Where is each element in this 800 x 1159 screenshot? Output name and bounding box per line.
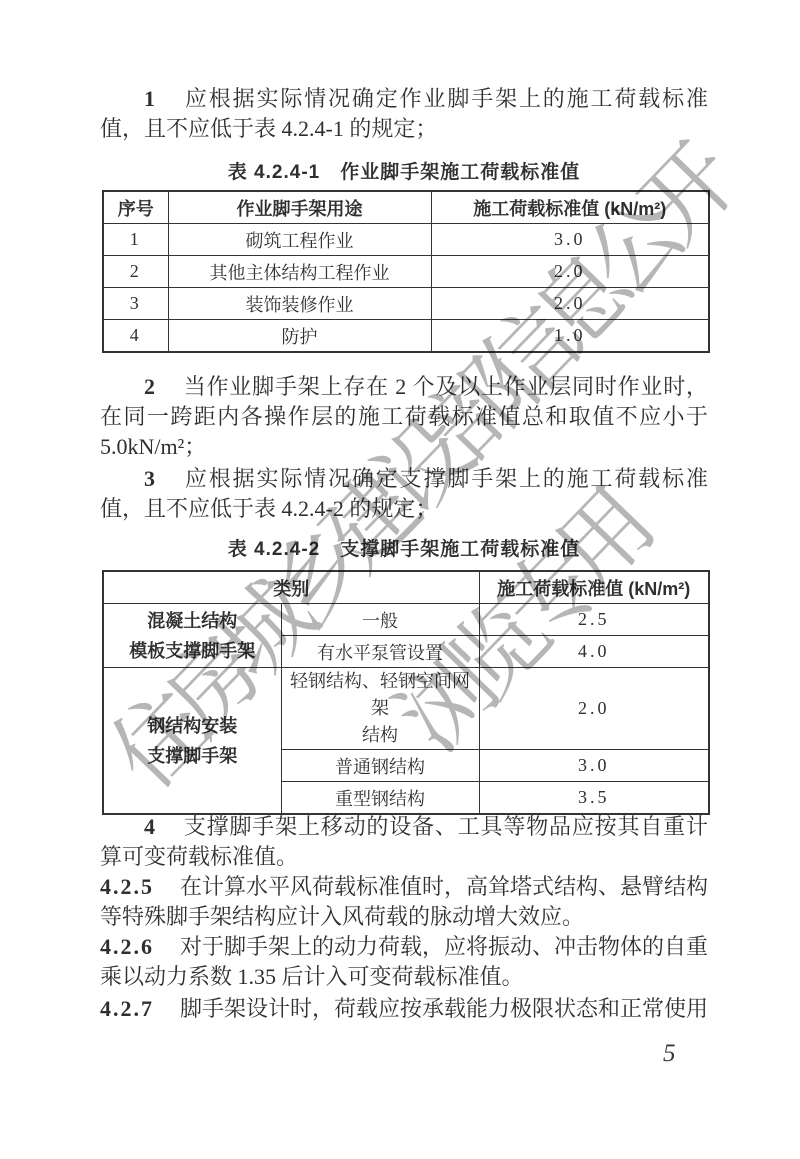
section-4-2-6: 4.2.6对于脚手架上的动力荷载，应将振动、冲击物体的自重乘以动力系数 1.35… xyxy=(100,932,708,992)
paragraph-text: 脚手架设计时，荷载应按承载能力极限状态和正常使用 xyxy=(180,996,708,1021)
column-header: 类别 xyxy=(103,571,479,604)
table2-title: 表 4.2.4-2 支撑脚手架施工荷载标准值 xyxy=(100,536,708,564)
paragraph-text: 当作业脚手架上存在 2 个及以上作业层同时作业时，在同一跨距内各操作层的施工荷载… xyxy=(100,374,708,459)
value-cell: 3.0 xyxy=(431,224,709,256)
usage-cell: 砌筑工程作业 xyxy=(168,224,431,256)
value-cell: 2.0 xyxy=(479,668,709,750)
table1-header-row: 序号 作业脚手架用途 施工荷载标准值 (kN/m²) xyxy=(103,191,709,224)
value-cell: 3.5 xyxy=(479,782,709,815)
value-cell: 4.0 xyxy=(479,636,709,668)
document-page: 1应根据实际情况确定作业脚手架上的施工荷载标准值，且不应低于表 4.2.4-1 … xyxy=(0,0,800,1159)
paragraph-text: 支撑脚手架上移动的设备、工具等物品应按其自重计算可变荷载标准值。 xyxy=(100,814,708,869)
section-number: 4.2.6 xyxy=(100,934,154,959)
table1-title: 表 4.2.4-1 作业脚手架施工荷载标准值 xyxy=(100,159,708,187)
table-row: 3 装饰装修作业 2.0 xyxy=(103,288,709,320)
table-row: 钢结构安装 支撑脚手架 轻钢结构、轻钢空间网架 结构 2.0 xyxy=(103,668,709,750)
paragraph-item-2: 2当作业脚手架上存在 2 个及以上作业层同时作业时，在同一跨距内各操作层的施工荷… xyxy=(100,372,708,462)
column-header: 施工荷载标准值 (kN/m²) xyxy=(479,571,709,604)
paragraph-text: 在计算水平风荷载标准值时，高耸塔式结构、悬臂结构等特殊脚手架结构应计入风荷载的脉… xyxy=(100,874,708,929)
type-cell: 普通钢结构 xyxy=(281,750,479,782)
item-number: 3 xyxy=(144,466,157,491)
section-number: 4.2.7 xyxy=(100,996,154,1021)
type-cell: 重型钢结构 xyxy=(281,782,479,815)
value-cell: 2.5 xyxy=(479,604,709,636)
value-cell: 1.0 xyxy=(431,320,709,353)
paragraph-item-4: 4支撑脚手架上移动的设备、工具等物品应按其自重计算可变荷载标准值。 xyxy=(100,812,708,872)
usage-cell: 装饰装修作业 xyxy=(168,288,431,320)
usage-cell: 防护 xyxy=(168,320,431,353)
category-cell: 钢结构安装 支撑脚手架 xyxy=(103,668,281,815)
table-row: 混凝土结构 模板支撑脚手架 一般 2.5 xyxy=(103,604,709,636)
item-number: 2 xyxy=(144,374,157,399)
value-cell: 2.0 xyxy=(431,288,709,320)
paragraph-item-1: 1应根据实际情况确定作业脚手架上的施工荷载标准值，且不应低于表 4.2.4-1 … xyxy=(100,84,708,144)
column-header: 作业脚手架用途 xyxy=(168,191,431,224)
paragraph-text: 应根据实际情况确定作业脚手架上的施工荷载标准值，且不应低于表 4.2.4-1 的… xyxy=(100,86,708,141)
table2-header-row: 类别 施工荷载标准值 (kN/m²) xyxy=(103,571,709,604)
value-cell: 3.0 xyxy=(479,750,709,782)
paragraph-item-3: 3应根据实际情况确定支撑脚手架上的施工荷载标准值，且不应低于表 4.2.4-2 … xyxy=(100,464,708,524)
page-number: 5 xyxy=(663,1040,676,1068)
table-row: 2 其他主体结构工程作业 2.0 xyxy=(103,256,709,288)
table-row: 1 砌筑工程作业 3.0 xyxy=(103,224,709,256)
serial-cell: 4 xyxy=(103,320,168,353)
type-cell: 有水平泵管设置 xyxy=(281,636,479,668)
column-header: 施工荷载标准值 (kN/m²) xyxy=(431,191,709,224)
column-header: 序号 xyxy=(103,191,168,224)
table2: 类别 施工荷载标准值 (kN/m²) 混凝土结构 模板支撑脚手架 一般 2.5 … xyxy=(102,570,710,815)
serial-cell: 1 xyxy=(103,224,168,256)
type-cell: 轻钢结构、轻钢空间网架 结构 xyxy=(281,668,479,750)
serial-cell: 2 xyxy=(103,256,168,288)
value-cell: 2.0 xyxy=(431,256,709,288)
item-number: 4 xyxy=(144,814,157,839)
section-4-2-7: 4.2.7脚手架设计时，荷载应按承载能力极限状态和正常使用 xyxy=(100,994,708,1024)
paragraph-text: 应根据实际情况确定支撑脚手架上的施工荷载标准值，且不应低于表 4.2.4-2 的… xyxy=(100,466,708,521)
item-number: 1 xyxy=(144,86,157,111)
section-number: 4.2.5 xyxy=(100,874,154,899)
type-cell: 一般 xyxy=(281,604,479,636)
usage-cell: 其他主体结构工程作业 xyxy=(168,256,431,288)
category-cell: 混凝土结构 模板支撑脚手架 xyxy=(103,604,281,668)
paragraph-text: 对于脚手架上的动力荷载，应将振动、冲击物体的自重乘以动力系数 1.35 后计入可… xyxy=(100,934,708,989)
serial-cell: 3 xyxy=(103,288,168,320)
table1: 序号 作业脚手架用途 施工荷载标准值 (kN/m²) 1 砌筑工程作业 3.0 … xyxy=(102,190,710,353)
table-row: 4 防护 1.0 xyxy=(103,320,709,353)
section-4-2-5: 4.2.5在计算水平风荷载标准值时，高耸塔式结构、悬臂结构等特殊脚手架结构应计入… xyxy=(100,872,708,932)
